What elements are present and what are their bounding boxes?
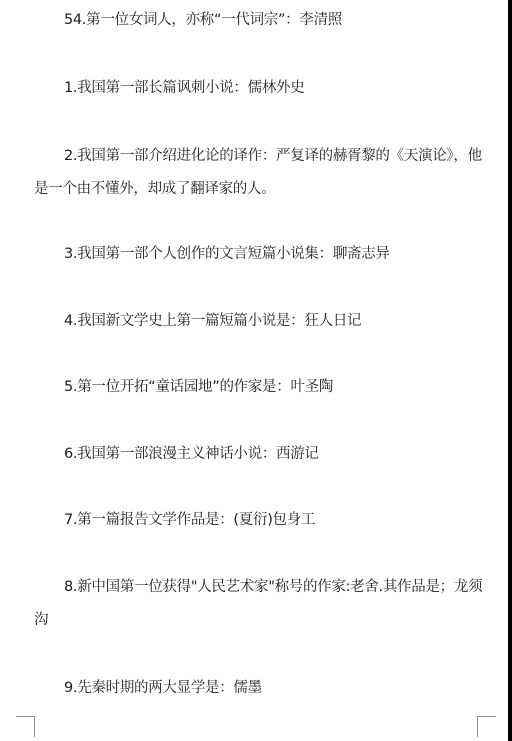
- page-margin-corner-mark-left: [16, 716, 35, 737]
- paragraph-8: 8.新中国第一位获得"人民艺术家"称号的作家:老舍.其作品是；龙须沟: [34, 571, 484, 637]
- paragraph-7: 7.第一篇报告文学作品是：(夏衍)包身工: [34, 504, 484, 537]
- window-edge: [508, 0, 512, 741]
- paragraph-9: 9.先秦时期的两大显学是：儒墨: [34, 672, 484, 705]
- page-margin-corner-mark-right: [477, 716, 496, 737]
- paragraph-4: 4.我国新文学史上第一篇短篇小说是：狂人日记: [34, 305, 484, 338]
- paragraph-1: 1.我国第一部长篇讽刺小说：儒林外史: [34, 72, 484, 105]
- document-page: 54.第一位女词人，亦称“一代词宗”：李清照 1.我国第一部长篇讽刺小说：儒林外…: [0, 0, 508, 741]
- paragraph-54: 54.第一位女词人，亦称“一代词宗”：李清照: [34, 4, 484, 37]
- paragraph-6: 6.我国第一部浪漫主义神话小说：西游记: [34, 438, 484, 471]
- paragraph-3: 3.我国第一部个人创作的文言短篇小说集：聊斋志异: [34, 238, 484, 271]
- paragraph-5: 5.第一位开拓“童话园地”的作家是：叶圣陶: [34, 371, 484, 404]
- paragraph-2: 2.我国第一部介绍进化论的译作：严复译的赫胥黎的《天演论》，他是一个由不懂外，却…: [34, 140, 484, 206]
